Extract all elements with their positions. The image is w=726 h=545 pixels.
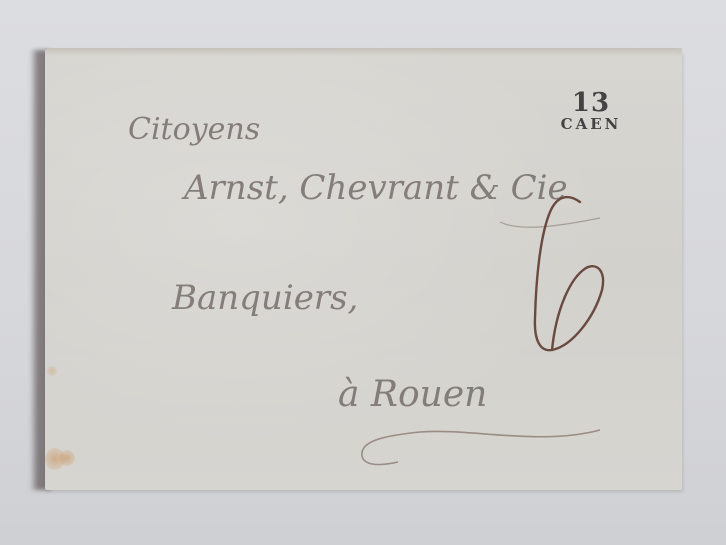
- address-line-4: à Rouen: [338, 374, 487, 415]
- postmark-stamp: 13 CAEN: [536, 90, 646, 132]
- foxing-stain: [47, 366, 57, 376]
- postmark-town: CAEN: [536, 116, 646, 132]
- foxing-stain: [59, 450, 75, 466]
- address-line-2: Arnst, Chevrant & Cie: [184, 168, 568, 208]
- address-line-1: Citoyens: [128, 112, 260, 147]
- postmark-number: 13: [536, 90, 646, 116]
- address-line-3: Banquiers,: [172, 278, 358, 318]
